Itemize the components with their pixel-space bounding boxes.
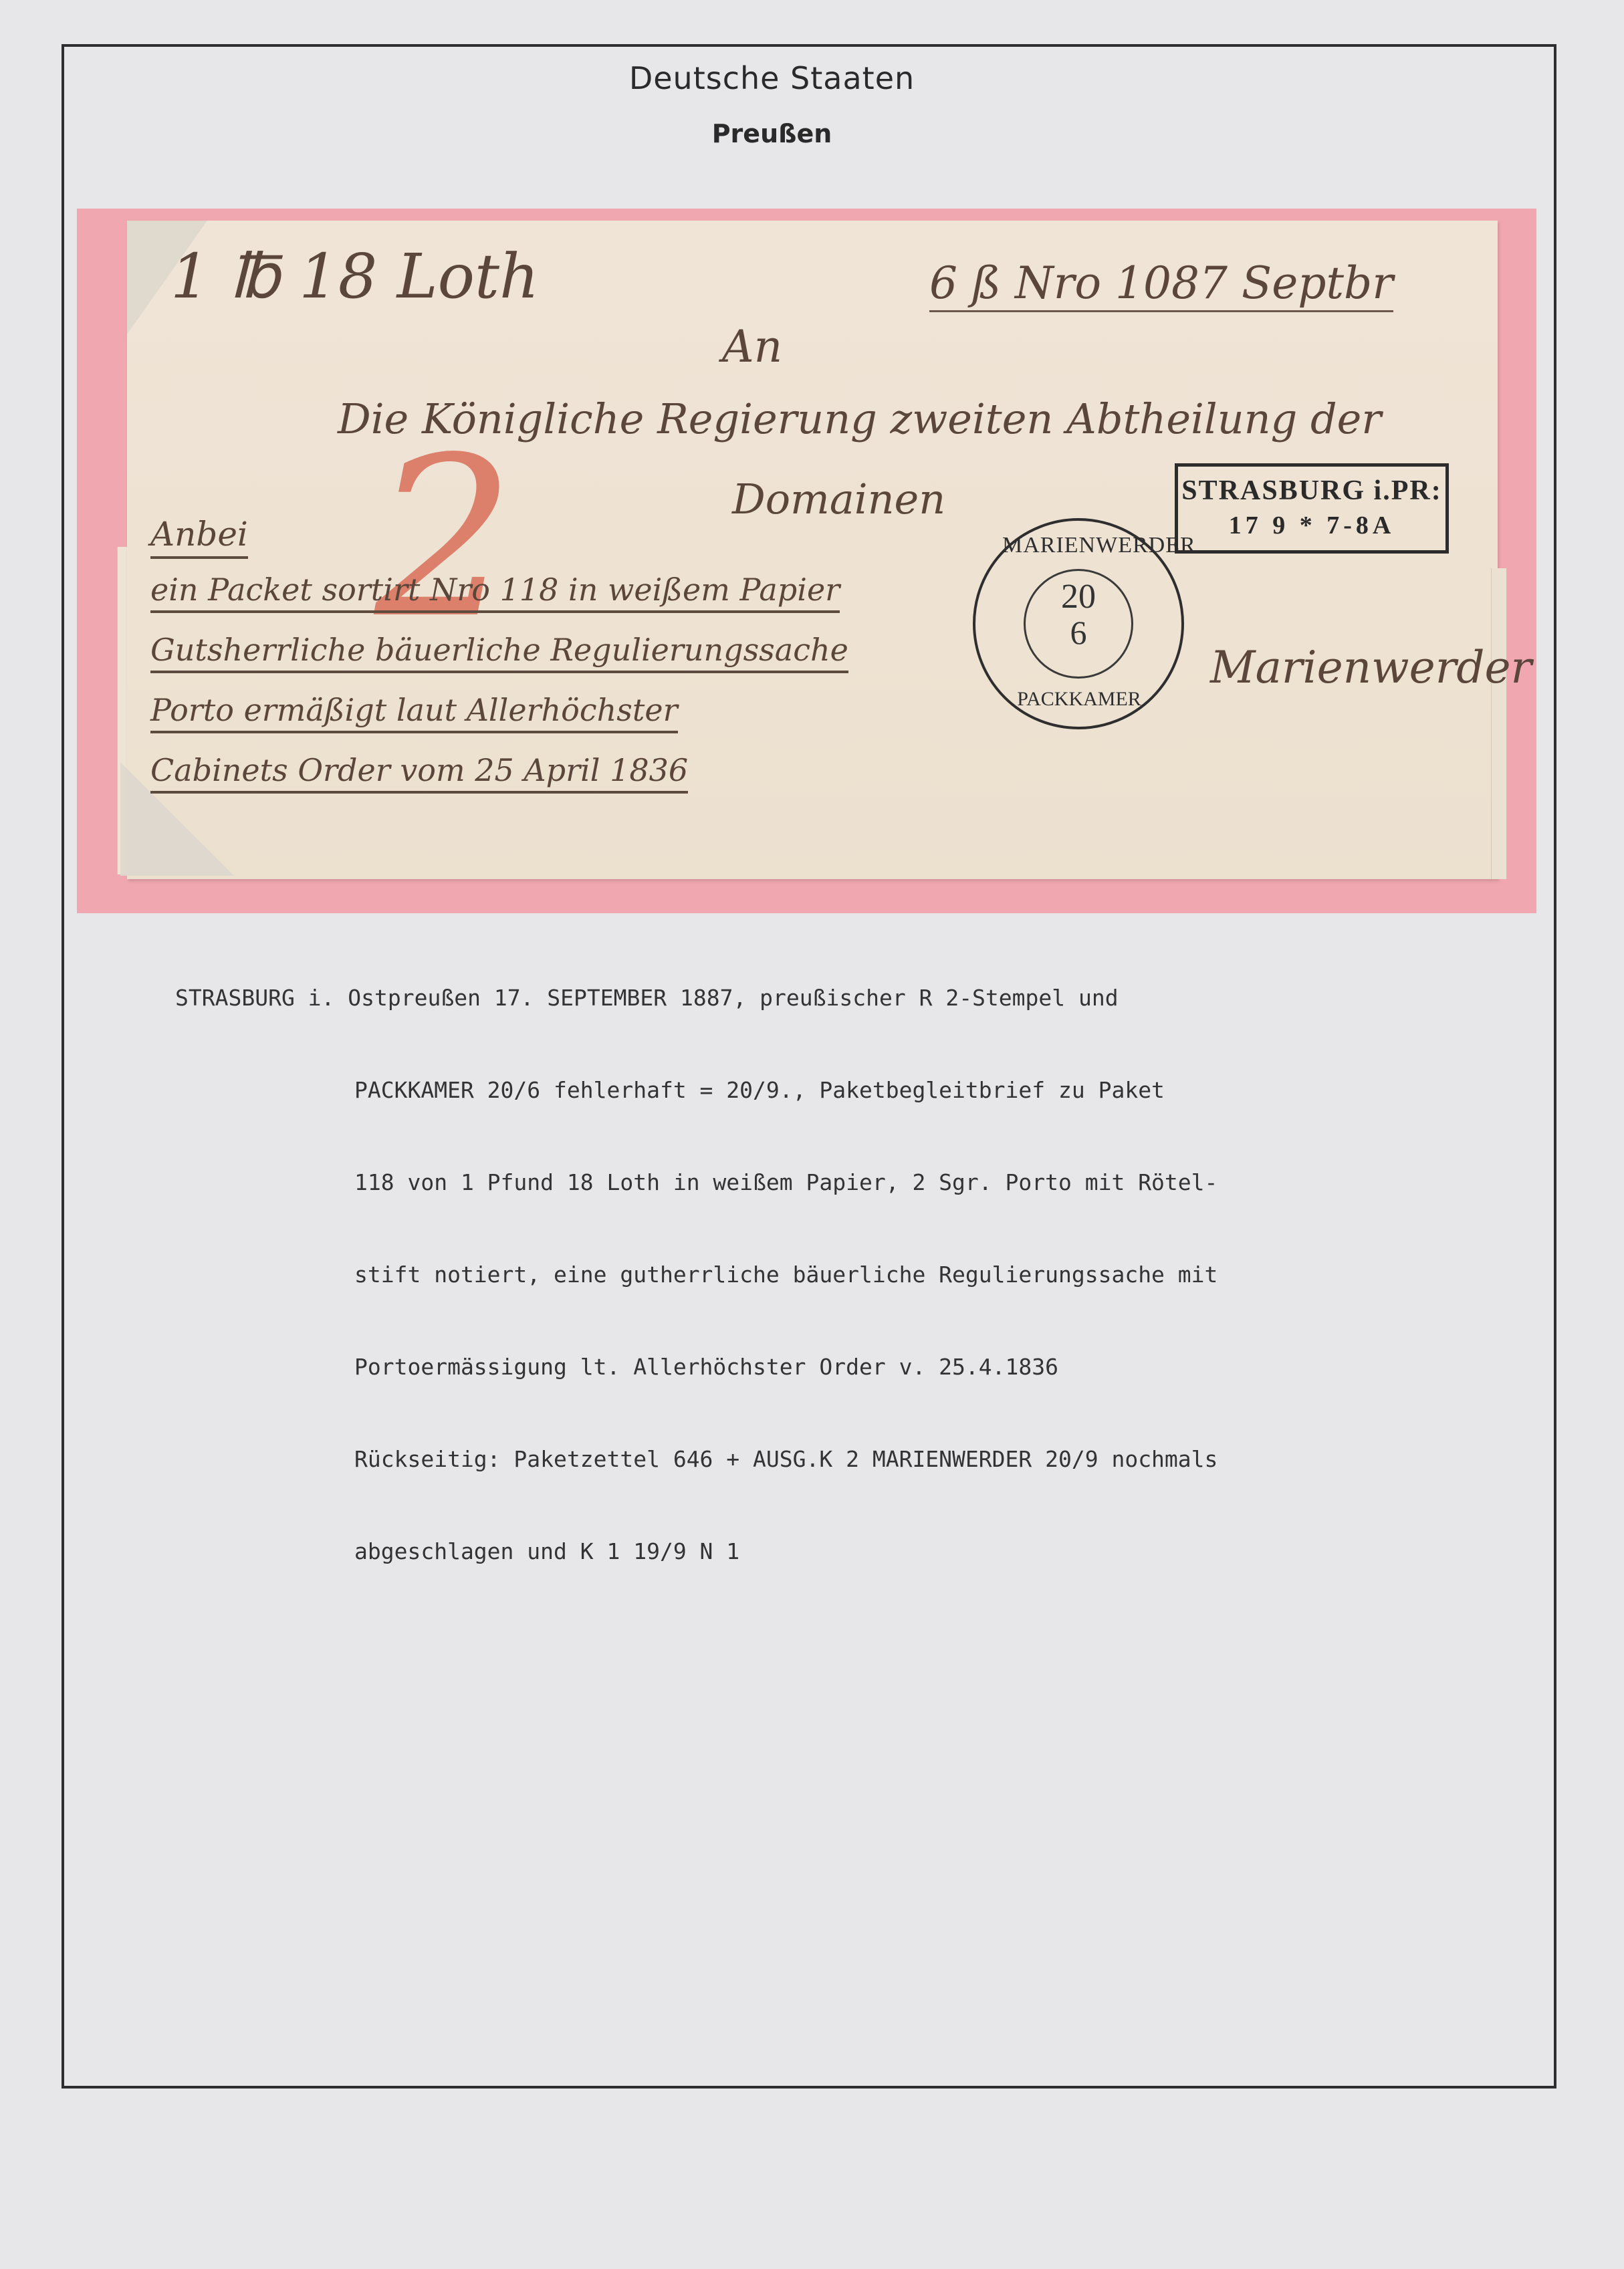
page-subtitle: Preußen [0,119,1584,148]
content-note-order: Cabinets Order vom 25 April 1836 [150,752,688,794]
content-note-porto: Porto ermäßigt laut Allerhöchster [150,692,678,733]
description-line: abgeschlagen und K 1 19/9 N 1 [175,1536,1217,1567]
content-note-anbei: Anbei [150,515,248,559]
description-line: PACKKAMER 20/6 fehlerhaft = 20/9., Paket… [175,1075,1217,1106]
address-line-domainen: Domainen [732,475,945,523]
page-title: Deutsche Staaten [0,60,1584,96]
description-line: stift notiert, eine gutherrliche bäuerli… [175,1260,1217,1290]
reference-note: 6 ß Nro 1087 Septbr [929,257,1393,312]
description-line: STRASBURG i. Ostpreußen 17. SEPTEMBER 18… [175,983,1217,1013]
postmark-packkamer-arc: PACKKAMER [1016,688,1143,711]
content-note-packet: ein Packet sortirt Nro 118 in weißem Pap… [150,572,840,613]
strasburg-box-postmark: STRASBURG i.PR: 17 9 * 7-8A [1175,463,1449,554]
address-destination: Marienwerder [1210,642,1532,693]
address-line-an: An [722,321,782,372]
content-note-regulation: Gutsherrliche bäuerliche Regulierungssac… [150,632,848,673]
item-description: STRASBURG i. Ostpreußen 17. SEPTEMBER 18… [175,921,1217,1598]
weight-note: 1 ℔ 18 Loth [170,241,539,312]
description-line: Portoermässigung lt. Allerhöchster Order… [175,1352,1217,1383]
postmark-day: 20 [1026,579,1131,615]
strasburg-postmark-town: STRASBURG i.PR: [1178,475,1445,507]
postmark-month: 6 [1026,615,1131,650]
description-line: Rückseitig: Paketzettel 646 + AUSG.K 2 M… [175,1444,1217,1475]
strasburg-postmark-date: 17 9 * 7-8A [1178,511,1445,540]
description-line: 118 von 1 Pfund 18 Loth in weißem Papier… [175,1167,1217,1198]
envelope-flap-right [1491,568,1507,879]
postmark-town-arc: MARIENWERDER [1002,533,1156,558]
postmark-date-circle: 20 6 [1024,569,1133,679]
red-crayon-porto-mark: 2 [374,428,515,648]
marienwerder-circular-postmark: 20 6 MARIENWERDER PACKKAMER [973,518,1184,729]
